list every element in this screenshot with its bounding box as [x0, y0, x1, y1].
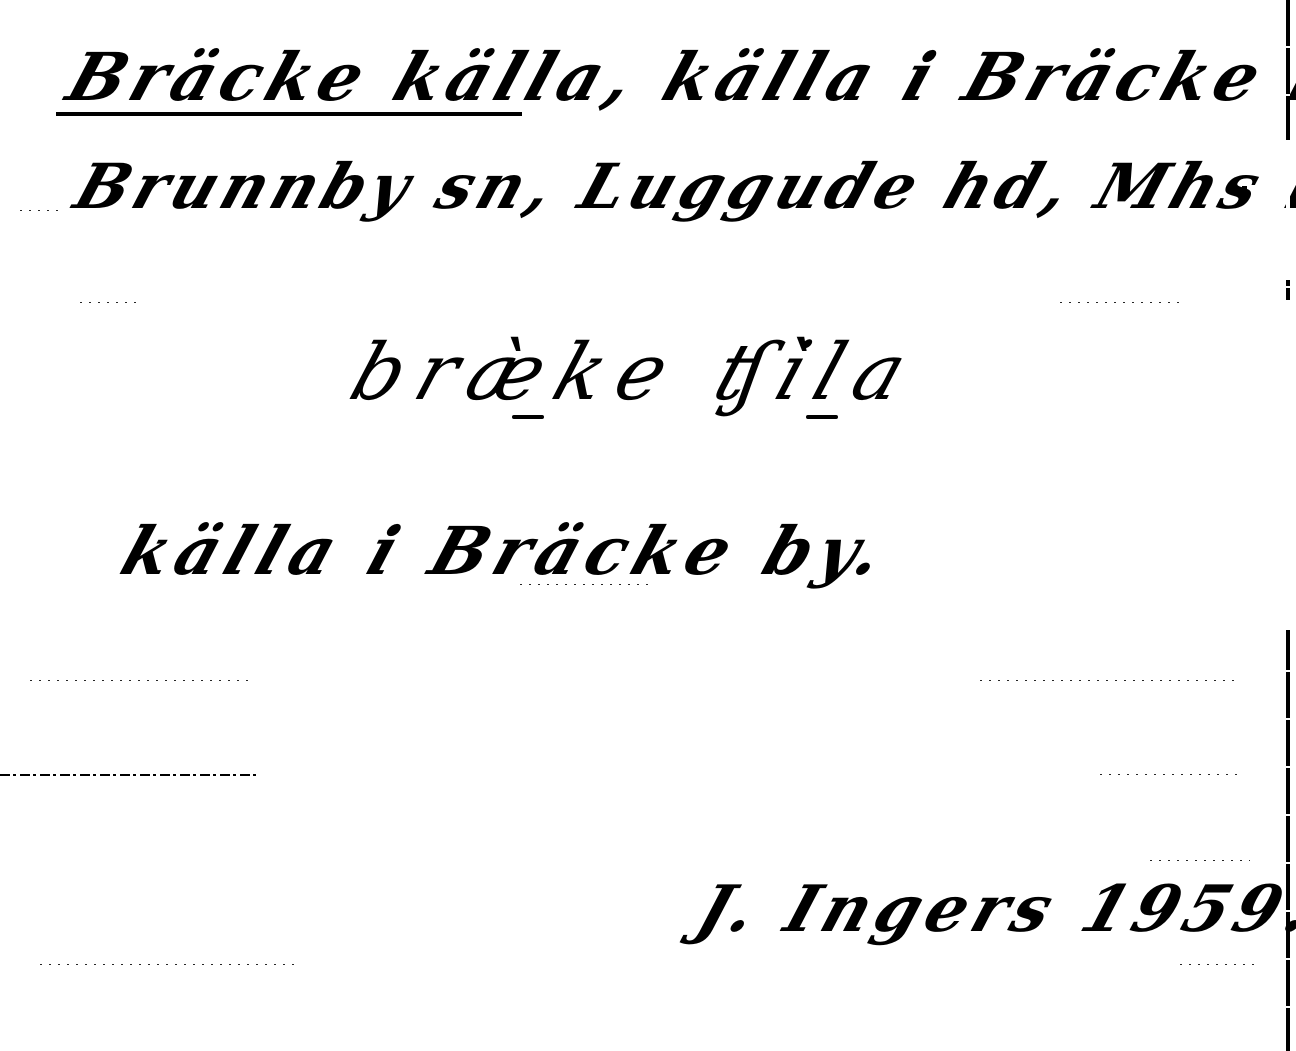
title-description: , källa i Bräcke by, [596, 38, 1296, 116]
card-edge-gap [1286, 140, 1290, 280]
phonetic-transcription: bræ̀ke ʧi̇̀la [340, 328, 931, 418]
scan-artifact [1060, 302, 1180, 303]
scan-artifact [40, 964, 300, 965]
scan-artifact [1150, 860, 1250, 861]
signature-line: J. Ingers 1959. [688, 872, 1296, 947]
headword: Bräcke källa [58, 38, 621, 116]
archive-card: Bräcke källa, källa i Bräcke by, Brunnby… [0, 0, 1296, 1051]
scan-artifact [980, 680, 1240, 681]
meaning-line: källa i Bräcke by. [112, 512, 900, 590]
title-line: Bräcke källa, källa i Bräcke by, [58, 38, 1296, 116]
headword-underline [56, 112, 522, 116]
trailing-period [1242, 186, 1247, 190]
phonetic-stress-mark-k [512, 415, 544, 419]
scan-artifact [30, 680, 250, 681]
scan-artifact [0, 774, 258, 776]
card-edge-gap [1286, 300, 1290, 630]
location-line: Brunnby sn, Luggude hd, Mhs län [66, 150, 1296, 223]
scan-artifact [1180, 964, 1260, 965]
scan-artifact [1100, 774, 1240, 775]
phonetic-stress-mark-l [806, 415, 838, 419]
scan-artifact [80, 302, 140, 303]
scan-artifact [520, 584, 650, 585]
scan-artifact [20, 210, 60, 211]
